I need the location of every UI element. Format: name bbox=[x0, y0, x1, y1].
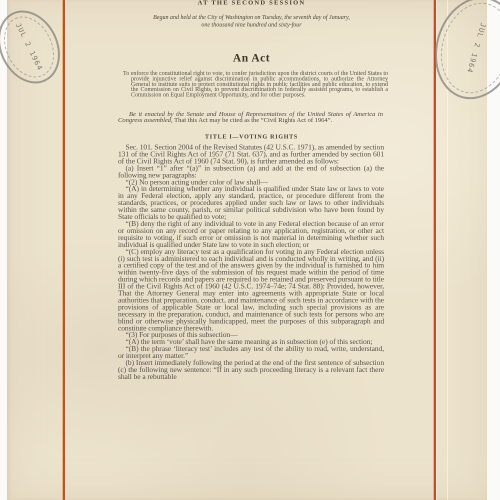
act-paragraph: “(B) the phrase ‘literacy test’ includes… bbox=[118, 346, 384, 360]
rule-stripe bbox=[436, 0, 437, 500]
convening-line-1: Begun and held at the City of Washington… bbox=[118, 14, 385, 22]
act-paragraph: “(C) employ any literacy test as a quali… bbox=[118, 249, 384, 332]
act-paragraph: “(B) deny the right of any individual to… bbox=[118, 221, 384, 249]
act-paragraph: “(A) in determining whether any individu… bbox=[118, 186, 384, 221]
convening-line-2: one thousand nine hundred and sixty-four bbox=[118, 21, 385, 29]
document-page: AT THE SECOND SESSION Begun and held at … bbox=[7, 0, 487, 500]
rule-stripe bbox=[65, 0, 66, 500]
left-margin-rule bbox=[62, 0, 66, 500]
act-paragraph: (b) Insert immediately following the per… bbox=[118, 360, 384, 381]
title-i-heading: TITLE I—VOTING RIGHTS bbox=[118, 133, 385, 141]
act-heading: An Act bbox=[118, 52, 385, 65]
session-line: AT THE SECOND SESSION bbox=[118, 0, 385, 7]
right-margin-rule bbox=[433, 0, 437, 500]
act-body-text: Sec. 101. Section 2004 of the Revised St… bbox=[118, 145, 384, 381]
act-paragraph: Sec. 101. Section 2004 of the Revised St… bbox=[118, 145, 384, 166]
document-text-column: AT THE SECOND SESSION Begun and held at … bbox=[118, 0, 385, 500]
convening-lines: Begun and held at the City of Washington… bbox=[118, 14, 385, 29]
act-long-title: To enforce the constitutional right to v… bbox=[123, 71, 388, 98]
act-paragraph: (a) Insert “1” after “(a)” in subsection… bbox=[118, 165, 384, 179]
enacting-clause-roman: That this Act may be cited as the “Civil… bbox=[173, 116, 332, 124]
scan-background: AT THE SECOND SESSION Begun and held at … bbox=[0, 0, 500, 500]
enacting-clause: Be it enacted by the Senate and House of… bbox=[118, 111, 383, 123]
